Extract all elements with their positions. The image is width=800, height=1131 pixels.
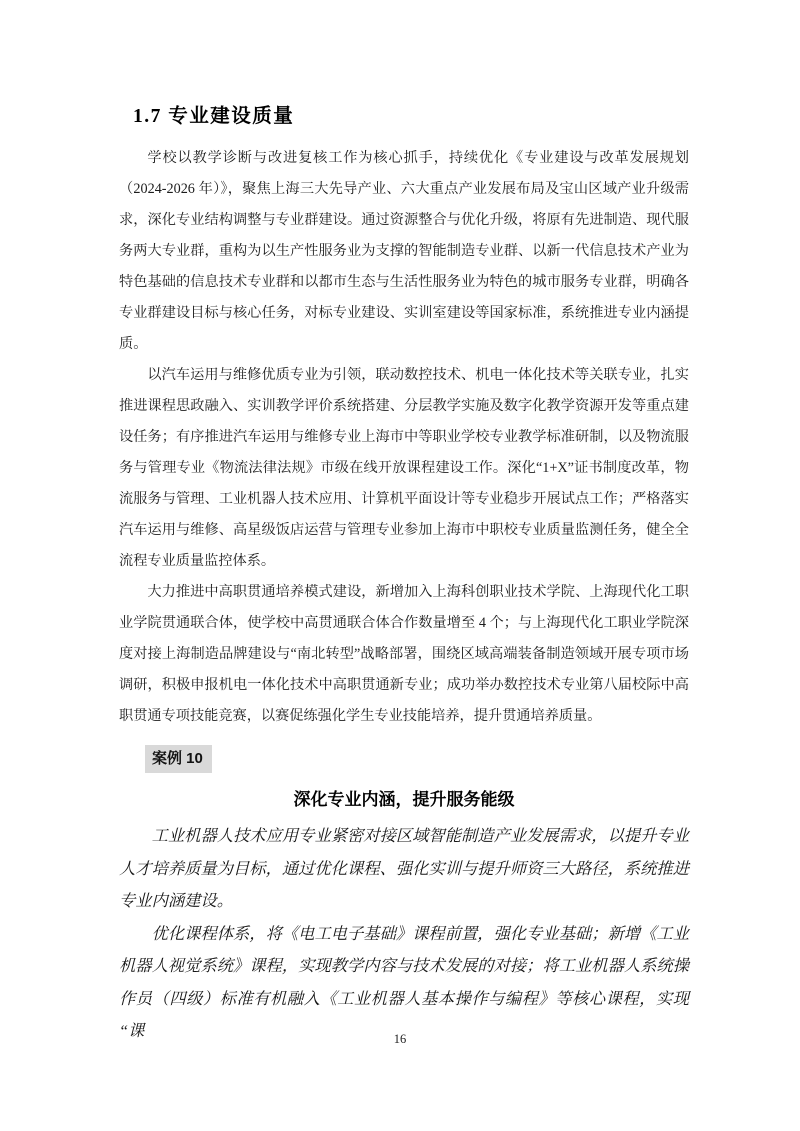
document-content: 1.7 专业建设质量 学校以教学诊断与改进复核工作为核心抓手，持续优化《专业建设… [119, 0, 689, 1048]
case-label-row: 案例 10 [145, 745, 689, 773]
case-paragraph-1: 工业机器人技术应用专业紧密对接区域智能制造产业发展需求，以提升专业人才培养质量为… [119, 820, 689, 918]
section-heading: 1.7 专业建设质量 [133, 103, 689, 130]
case-heading: 深化专业内涵，提升服务能级 [119, 787, 689, 813]
body-paragraph-3: 大力推进中高职贯通培养模式建设，新增加入上海科创职业技术学院、上海现代化工职业学… [119, 577, 689, 732]
document-page: 1.7 专业建设质量 学校以教学诊断与改进复核工作为核心抓手，持续优化《专业建设… [0, 0, 800, 1131]
page-footer: 16 [0, 1030, 800, 1048]
page-number: 16 [394, 1032, 407, 1046]
body-paragraph-1: 学校以教学诊断与改进复核工作为核心抓手，持续优化《专业建设与改革发展规划（202… [119, 143, 689, 360]
body-paragraph-2: 以汽车运用与维修优质专业为引领，联动数控技术、机电一体化技术等关联专业，扎实推进… [119, 360, 689, 577]
case-label-badge: 案例 10 [145, 745, 212, 773]
case-paragraph-2: 优化课程体系，将《电工电子基础》课程前置，强化专业基础；新增《工业机器人视觉系统… [119, 918, 689, 1048]
